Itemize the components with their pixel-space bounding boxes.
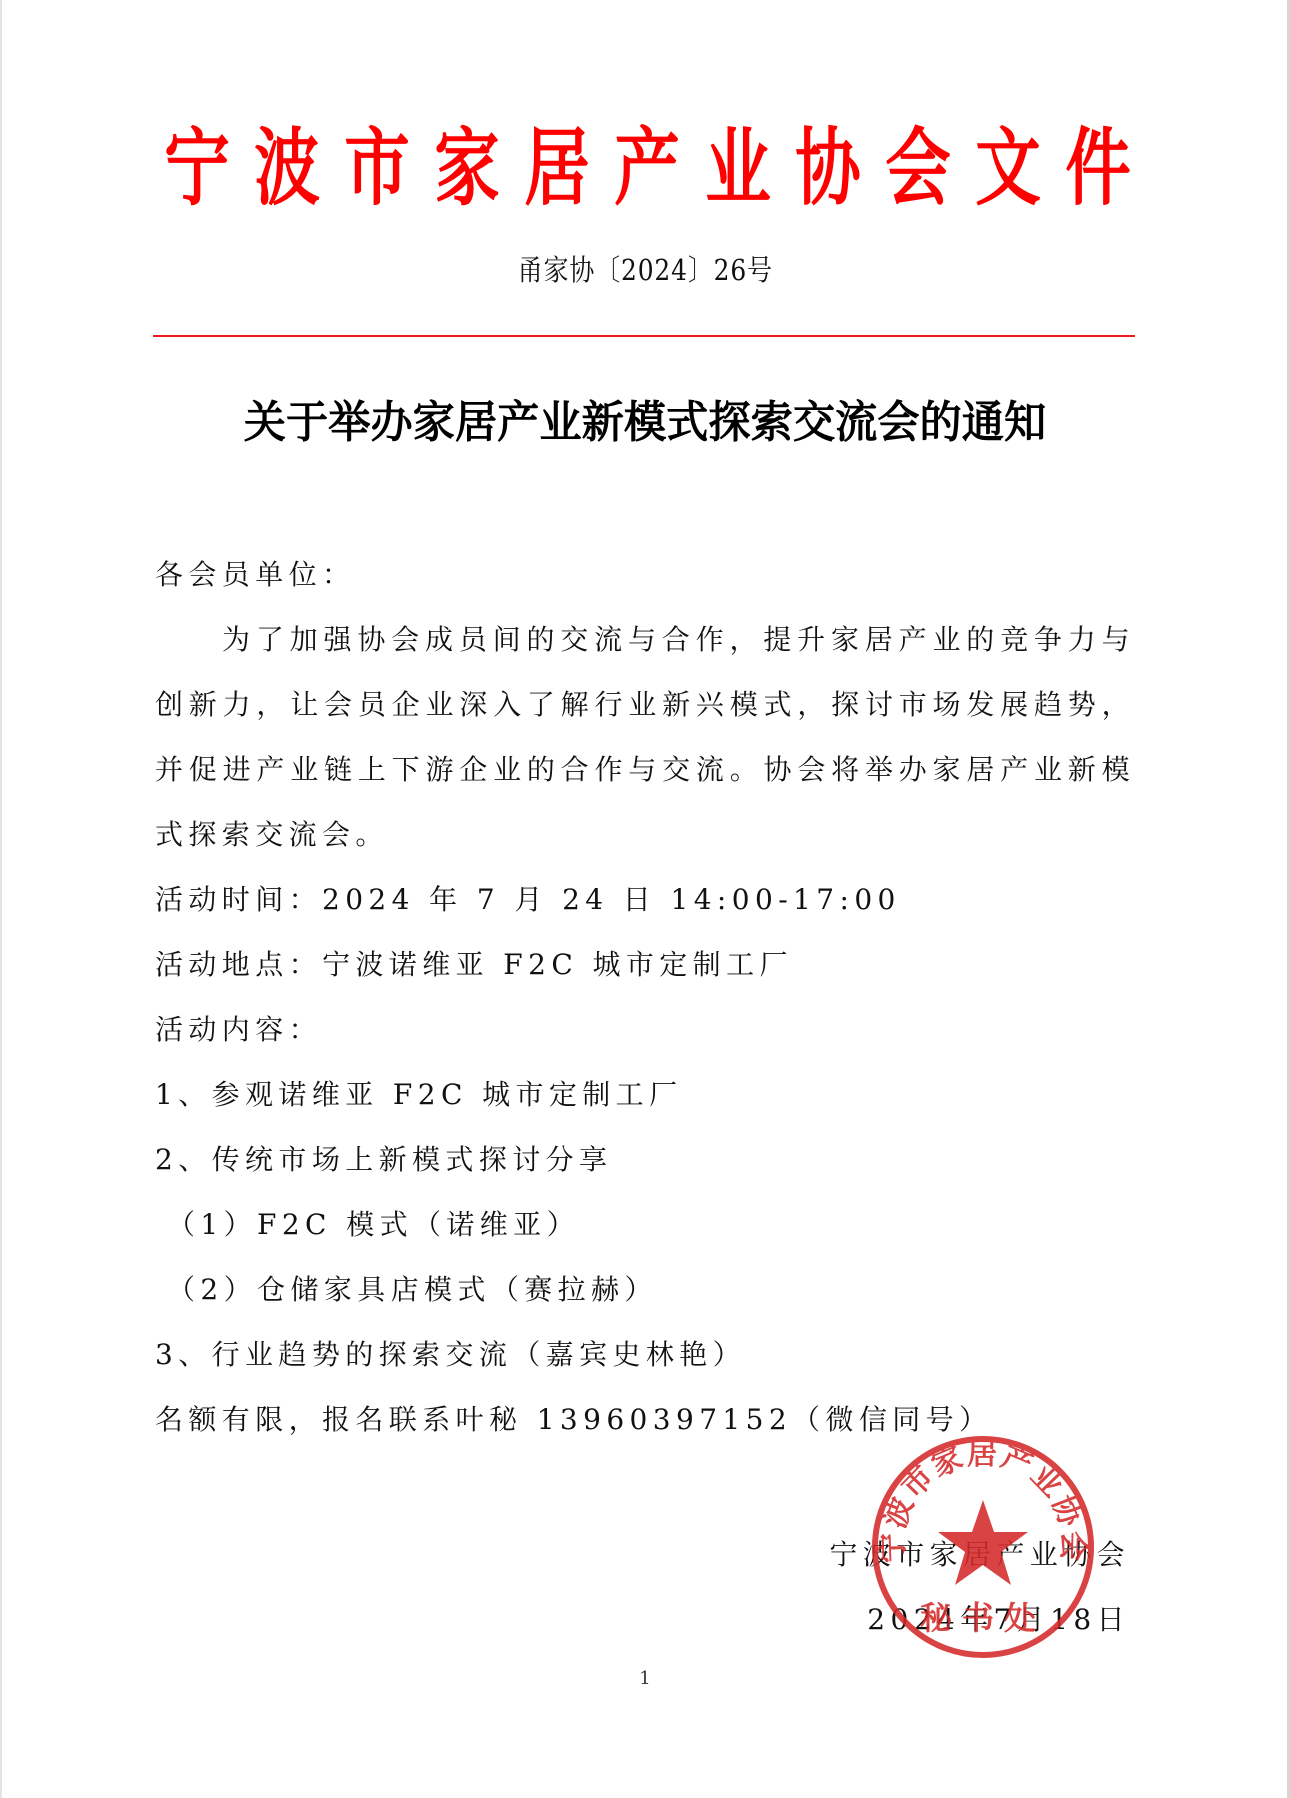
- header-char: 协: [795, 118, 861, 218]
- intro-paragraph: 为了加强协会成员间的交流与合作，提升家居产业的竞争力与创新力，让会员企业深入了解…: [155, 607, 1135, 867]
- event-time: 活动时间：2024 年 7 月 24 日 14:00-17:00: [155, 867, 1135, 932]
- notice-body: 各会员单位： 为了加强协会成员间的交流与合作，提升家居产业的竞争力与创新力，让会…: [155, 542, 1135, 1452]
- page-number: 1: [0, 1666, 1290, 1692]
- header-char: 会: [885, 118, 951, 218]
- event-location: 活动地点：宁波诺维亚 F2C 城市定制工厂: [155, 932, 1135, 997]
- seal-star-icon: [938, 1500, 1028, 1585]
- org-document-header: 宁 波 市 家 居 产 业 协 会 文 件: [155, 118, 1140, 218]
- agenda-subitem: （2）仓储家具店模式（赛拉赫）: [155, 1257, 1135, 1322]
- header-char: 波: [254, 118, 320, 218]
- red-divider-line: [153, 335, 1135, 337]
- agenda-item: 2、传统市场上新模式探讨分享: [155, 1127, 1135, 1192]
- header-char: 家: [435, 118, 501, 218]
- svg-text:秘书处: 秘书处: [920, 1599, 1046, 1637]
- header-char: 产: [615, 118, 681, 218]
- document-number: 甬家协〔2024〕26号: [0, 250, 1290, 290]
- agenda-item: 1、参观诺维亚 F2C 城市定制工厂: [155, 1062, 1135, 1127]
- event-content-label: 活动内容：: [155, 997, 1135, 1062]
- header-char: 宁: [164, 118, 230, 218]
- header-char: 文: [975, 118, 1041, 218]
- header-char: 市: [344, 118, 410, 218]
- salutation: 各会员单位：: [155, 542, 1135, 607]
- agenda-subitem: （1）F2C 模式（诺维亚）: [155, 1192, 1135, 1257]
- notice-title: 关于举办家居产业新模式探索交流会的通知: [0, 395, 1290, 451]
- header-char: 件: [1065, 118, 1131, 218]
- official-seal-icon: 宁波市家居产业协会 秘书处: [868, 1432, 1098, 1662]
- header-char: 业: [705, 118, 771, 218]
- header-char: 居: [525, 118, 591, 218]
- agenda-item: 3、行业趋势的探索交流（嘉宾史林艳）: [155, 1322, 1135, 1387]
